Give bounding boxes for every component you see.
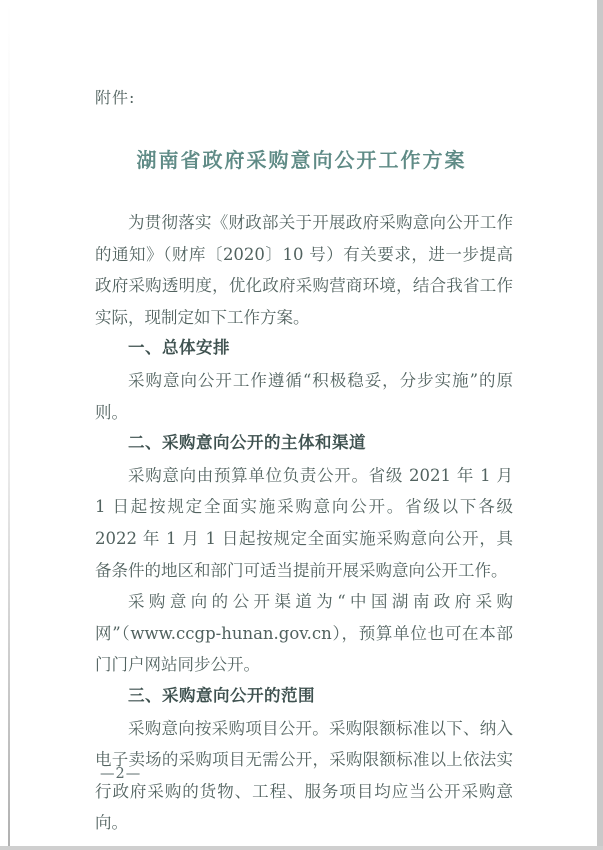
section-heading-2: 二、采购意向公开的主体和渠道 (95, 428, 513, 460)
scan-edge-left (8, 0, 10, 850)
section-heading-3: 三、采购意向公开的范围 (95, 681, 513, 713)
paragraph-scope: 采购意向按采购项目公开。采购限额标准以下、纳入电子卖场的采购项目无需公开，采购限… (95, 713, 513, 839)
scan-edge-right (597, 0, 603, 850)
document-body: 为贯彻落实《财政部关于开展政府采购意向公开工作的通知》（财库〔2020〕10 号… (95, 207, 513, 839)
paragraph-principle: 采购意向公开工作遵循“积极稳妥，分步实施”的原则。 (95, 365, 513, 428)
section-heading-1: 一、总体安排 (95, 333, 513, 365)
paragraph-intro: 为贯彻落实《财政部关于开展政府采购意向公开工作的通知》（财库〔2020〕10 号… (95, 207, 513, 333)
scan-edge-bottom (0, 846, 603, 850)
paragraph-channel: 采购意向的公开渠道为“中国湖南政府采购网”（www.ccgp-hunan.gov… (95, 586, 513, 681)
page-number: —2— (100, 766, 141, 782)
attachment-label: 附件: (95, 85, 135, 108)
document-title: 湖南省政府采购意向公开工作方案 (0, 144, 603, 173)
paragraph-subjects: 采购意向由预算单位负责公开。省级 2021 年 1 月 1 日起按规定全面实施采… (95, 460, 513, 586)
scanned-document-page: 附件: 湖南省政府采购意向公开工作方案 为贯彻落实《财政部关于开展政府采购意向公… (0, 0, 603, 850)
